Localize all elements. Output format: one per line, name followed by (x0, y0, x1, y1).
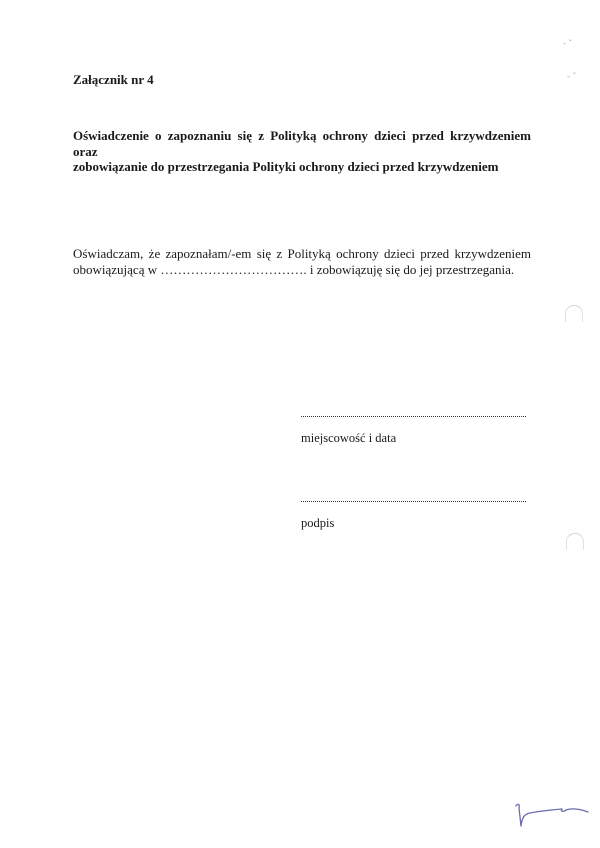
document-title: Oświadczenie o zapoznaniu się z Polityką… (73, 128, 531, 175)
scan-artifact-mark: - ˇ (563, 40, 572, 48)
handwritten-initials-icon (510, 800, 590, 840)
place-date-dotted-line (301, 414, 526, 417)
statement-line-1: Oświadczam, że zapoznałam/-em się z Poli… (73, 246, 531, 262)
punch-hole-mark (565, 305, 583, 322)
annex-label: Załącznik nr 4 (73, 72, 154, 88)
place-date-field: miejscowość i data (301, 414, 526, 446)
place-date-caption: miejscowość i data (301, 431, 526, 446)
statement-line-2: obowiązującą w ……………………………. i zobowiązuj… (73, 262, 531, 278)
declaration-statement: Oświadczam, że zapoznałam/-em się z Poli… (73, 246, 531, 277)
title-line-2: zobowiązanie do przestrzegania Polityki … (73, 159, 531, 175)
document-page: - ˇ - ˇ Załącznik nr 4 Oświadczenie o za… (0, 0, 600, 848)
signature-caption: podpis (301, 516, 526, 531)
signature-dotted-line (301, 499, 526, 502)
signature-field: podpis (301, 499, 526, 531)
punch-hole-mark (566, 533, 584, 550)
scan-artifact-mark: - ˇ (567, 73, 576, 81)
title-line-1: Oświadczenie o zapoznaniu się z Polityką… (73, 128, 531, 159)
